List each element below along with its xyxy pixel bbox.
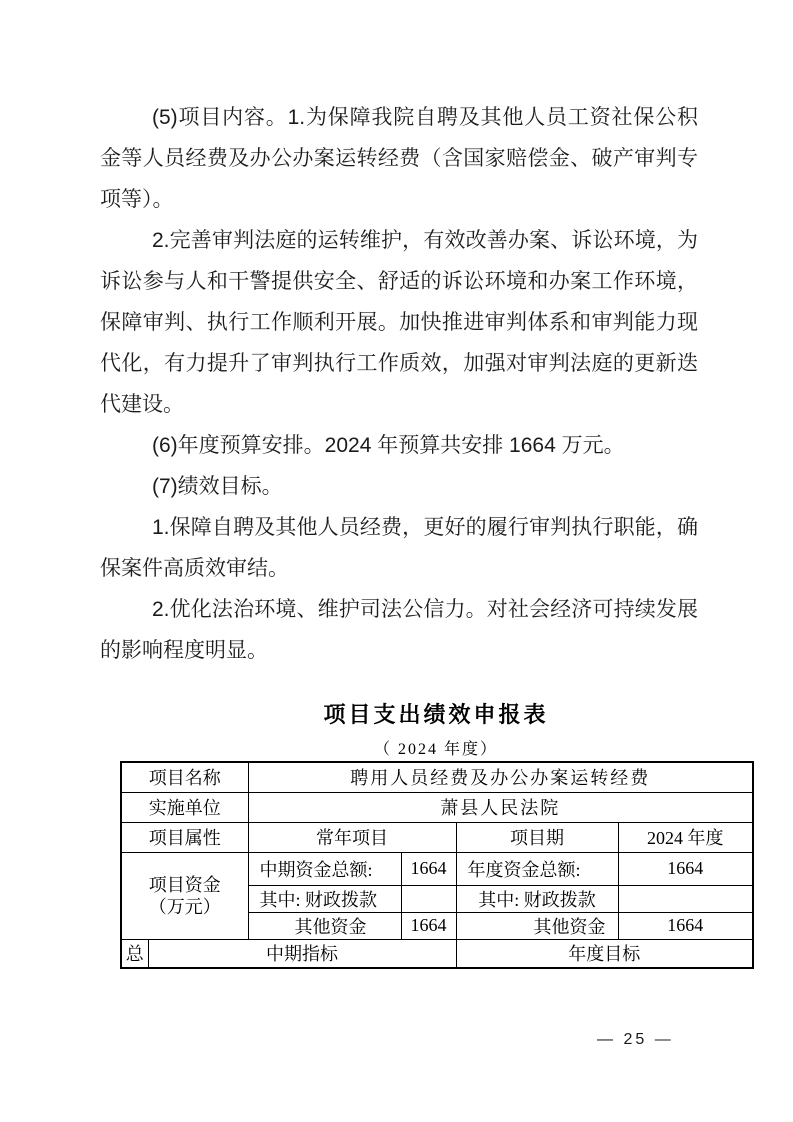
annual-other-funds-value: 1664 — [618, 912, 753, 939]
table-row: 项目名称 聘用人员经费及办公办案运转经费 — [121, 762, 753, 792]
midterm-indicator-header: 中期指标 — [148, 939, 456, 968]
project-period-label: 项目期 — [456, 822, 618, 852]
midterm-fiscal-value — [401, 885, 456, 912]
midterm-total-label: 中期资金总额: — [248, 852, 401, 885]
annual-fiscal-value — [618, 885, 753, 912]
midterm-other-funds-value: 1664 — [401, 912, 456, 939]
page-number: — 25 — — [597, 1031, 674, 1049]
form-subtitle: （ 2024 年度） — [120, 736, 752, 759]
document-page: (5)项目内容。1.为保障我院自聘及其他人员工资社保公积金等人员经费及办公办案运… — [0, 0, 793, 1122]
paragraph-goal-1: 1.保障自聘及其他人员经费，更好的履行审判执行职能，确保案件高质效审结。 — [100, 507, 698, 589]
paragraph-project-content: (5)项目内容。1.为保障我院自聘及其他人员工资社保公积金等人员经费及办公办案运… — [100, 97, 698, 220]
midterm-fiscal-label: 其中: 财政拨款 — [248, 885, 401, 912]
annual-goal-header: 年度目标 — [456, 939, 753, 968]
project-name-value: 聘用人员经费及办公办案运转经费 — [248, 762, 753, 792]
annual-other-funds-label: 其他资金 — [456, 912, 618, 939]
paragraph-performance-goal-heading: (7)绩效目标。 — [100, 466, 698, 507]
project-attribute-label: 项目属性 — [121, 822, 248, 852]
form-title: 项目支出绩效申报表 — [120, 698, 752, 729]
project-funds-label: 项目资金 （万元） — [121, 852, 248, 939]
midterm-other-funds-label: 其他资金 — [248, 912, 401, 939]
performance-declaration-table: 项目名称 聘用人员经费及办公办案运转经费 实施单位 萧县人民法院 项目属性 常年… — [120, 761, 754, 969]
project-funds-label-line2: （万元） — [122, 896, 248, 918]
summary-label: 总 — [121, 939, 148, 968]
table-row: 实施单位 萧县人民法院 — [121, 792, 753, 822]
paragraph-annual-budget: (6)年度预算安排。2024 年预算共安排 1664 万元。 — [100, 425, 698, 466]
annual-total-label: 年度资金总额: — [456, 852, 618, 885]
implementing-unit-value: 萧县人民法院 — [248, 792, 753, 822]
paragraph-goal-2: 2.优化法治环境、维护司法公信力。对社会经济可持续发展的影响程度明显。 — [100, 589, 698, 671]
body-text: (5)项目内容。1.为保障我院自聘及其他人员工资社保公积金等人员经费及办公办案运… — [100, 97, 698, 671]
midterm-total-value: 1664 — [401, 852, 456, 885]
project-funds-label-line1: 项目资金 — [122, 874, 248, 896]
table-row: 总 中期指标 年度目标 — [121, 939, 753, 968]
table-row: 项目属性 常年项目 项目期 2024 年度 — [121, 822, 753, 852]
project-attribute-value: 常年项目 — [248, 822, 456, 852]
project-period-value: 2024 年度 — [618, 822, 753, 852]
project-name-label: 项目名称 — [121, 762, 248, 792]
paragraph-courtroom-maintenance: 2.完善审判法庭的运转维护，有效改善办案、诉讼环境，为诉讼参与人和干警提供安全、… — [100, 220, 698, 425]
implementing-unit-label: 实施单位 — [121, 792, 248, 822]
table-row: 项目资金 （万元） 中期资金总额: 1664 年度资金总额: 1664 — [121, 852, 753, 885]
annual-total-value: 1664 — [618, 852, 753, 885]
annual-fiscal-label: 其中: 财政拨款 — [456, 885, 618, 912]
